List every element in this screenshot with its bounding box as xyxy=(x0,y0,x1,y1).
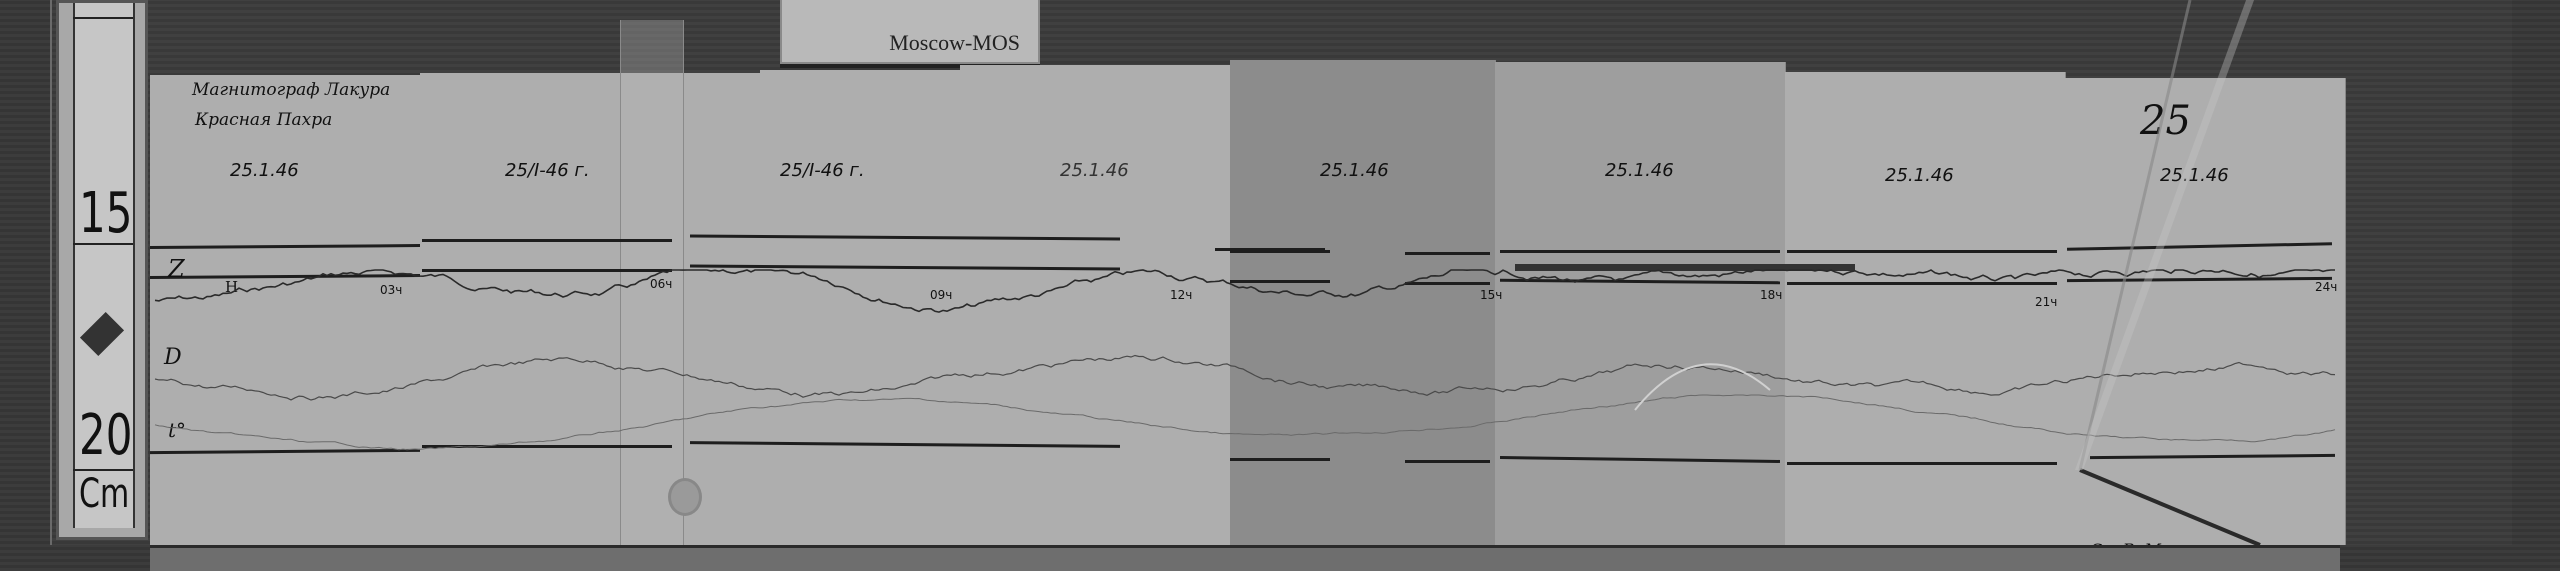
baseline xyxy=(422,269,672,272)
baseline xyxy=(1230,458,1330,461)
trace-label-z: Z xyxy=(168,255,185,283)
baseline xyxy=(1787,282,2057,285)
scale-ruler: 15 20 Cm xyxy=(56,0,148,540)
time-mark: 21ч xyxy=(2035,295,2057,309)
punch-hole xyxy=(668,478,702,516)
time-mark: 06ч xyxy=(650,277,672,291)
ruler-tick xyxy=(73,243,133,245)
time-mark: 15ч xyxy=(1480,288,1502,302)
ruler-mark-15: 15 xyxy=(79,181,132,246)
baseline xyxy=(1500,250,1780,253)
magnetogram-panel-2 xyxy=(420,73,761,545)
time-mark: 03ч xyxy=(380,283,402,297)
sheet-number: 25 xyxy=(2140,98,2191,144)
trace-label-t: t° xyxy=(168,418,186,442)
baseline xyxy=(422,239,672,242)
instrument-title: Магнитограф Лакура xyxy=(192,80,390,100)
baseline xyxy=(1405,252,1490,255)
baseline xyxy=(1405,282,1490,285)
time-mark: 24ч xyxy=(2315,280,2337,294)
time-mark: 09ч xyxy=(930,288,952,302)
baseline xyxy=(1787,462,2057,465)
trace-label-d: D xyxy=(164,345,182,370)
panel-date: 25.1.46 xyxy=(230,160,299,181)
archive-label: Moscow-MOS xyxy=(889,30,1020,56)
baseline xyxy=(1787,250,2057,253)
panel-date: 25.1.46 xyxy=(2160,165,2229,186)
baseline xyxy=(422,445,672,448)
panel-date: 25/I-46 г. xyxy=(780,160,865,181)
magnetogram-panel-3 xyxy=(760,70,961,545)
ruler-tick xyxy=(73,17,133,19)
baseline xyxy=(1230,280,1330,283)
baseline xyxy=(1405,460,1490,463)
panel-date: 25/I-46 г. xyxy=(505,160,590,181)
baseline xyxy=(1230,250,1330,253)
magnetogram-panel-1 xyxy=(150,75,421,545)
ruler-mark-20: 20 xyxy=(79,403,132,468)
magnetogram-panel-7 xyxy=(1785,72,2066,545)
ruler-unit: Cm xyxy=(79,471,129,517)
panel-date: 25.1.46 xyxy=(1320,160,1389,181)
panel-date: 25.1.46 xyxy=(1605,160,1674,181)
panel-date: 25.1.46 xyxy=(1060,160,1129,181)
station-name: Красная Пахра xyxy=(195,110,332,130)
time-mark: 12ч xyxy=(1170,288,1192,302)
magnetogram-panel-4 xyxy=(960,65,1231,545)
magnetogram-panel-5 xyxy=(1230,60,1496,545)
mount-bottom-rail xyxy=(150,545,2340,571)
glass-edge-band xyxy=(1515,264,1855,271)
time-mark: 18ч xyxy=(1760,288,1782,302)
trace-label-h: H xyxy=(225,278,238,296)
magnetogram-panel-8 xyxy=(2065,78,2346,545)
magnetogram-panel-6 xyxy=(1495,62,1786,545)
archive-label-card: Moscow-MOS xyxy=(780,0,1040,64)
panel-date: 25.1.46 xyxy=(1885,165,1954,186)
